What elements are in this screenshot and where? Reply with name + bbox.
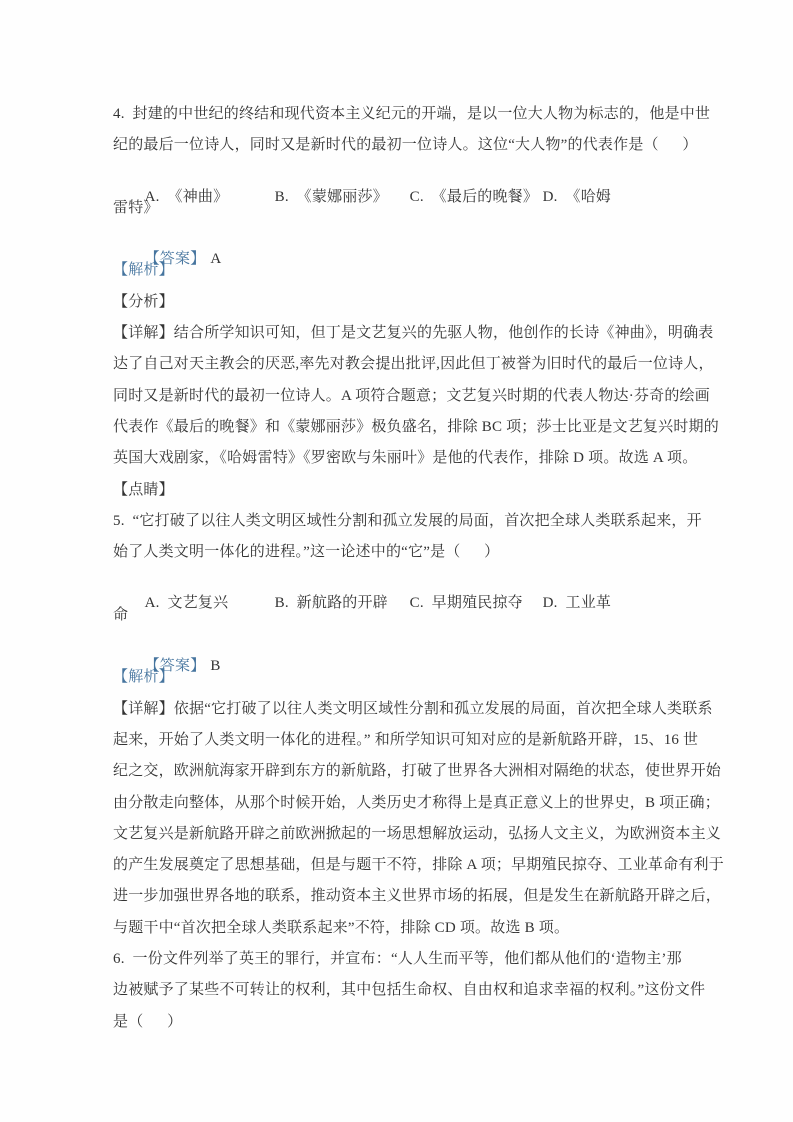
- dianjing-label-line: 【点睛】: [113, 480, 699, 511]
- answer-line: 【答案】B: [113, 636, 699, 667]
- question-stem-line: 5. “它打破了以往人类文明区域性分割和孤立发展的局面，首次把全球人类联系起来，…: [113, 511, 699, 542]
- document-page: 4. 封建的中世纪的终结和现代资本主义纪元的开端，是以一位大人物为标志的，他是中…: [0, 0, 793, 1122]
- question-stem-line: 6. 一份文件列举了英王的罪行，并宣布：“人人生而平等，他们都从他们的‘造物主’…: [113, 949, 699, 980]
- question-5-block: 5. “它打破了以往人类文明区域性分割和孤立发展的局面，首次把全球人类联系起来，…: [113, 511, 699, 949]
- question-stem-line: 纪的最后一位诗人，同时又是新时代的最初一位诗人。这位“大人物”的代表作是（ ）: [113, 135, 699, 166]
- detail-line: 进一步加强世界各地的联系，推动资本主义世界市场的拓展，但是发生在新航路开辟之后，: [113, 886, 699, 917]
- option-a: A. 文艺复兴: [145, 593, 275, 613]
- question-4-block: 4. 封建的中世纪的终结和现代资本主义纪元的开端，是以一位大人物为标志的，他是中…: [113, 104, 699, 511]
- detail-line: 起来，开始了人类文明一体化的进程。” 和所学知识可知对应的是新航路开辟，15、1…: [113, 730, 699, 761]
- answer-value: B: [210, 658, 220, 674]
- fenxi-label-line: 【分析】: [113, 292, 699, 323]
- question-stem-line: 4. 封建的中世纪的终结和现代资本主义纪元的开端，是以一位大人物为标志的，他是中…: [113, 104, 699, 135]
- detail-line: 英国大戏剧家，《哈姆雷特》《罗密欧与朱丽叶》是他的代表作，排除 D 项。故选 A…: [113, 448, 699, 479]
- options-row: A. 文艺复兴B. 新航路的开辟C. 早期殖民掠夺D. 工业革: [113, 573, 699, 604]
- question-6-block: 6. 一份文件列举了英王的罪行，并宣布：“人人生而平等，他们都从他们的‘造物主’…: [113, 949, 699, 1043]
- detail-line: 代表作《最后的晚餐》和《蒙娜丽莎》极负盛名，排除 BC 项；莎士比亚是文艺复兴时…: [113, 417, 699, 448]
- option-d: D. 工业革: [543, 593, 611, 613]
- detail-line: 与题干中“首次把全球人类联系起来”不符，排除 CD 项。故选 B 项。: [113, 918, 699, 949]
- question-stem-line: 始了人类文明一体化的进程。”这一论述中的“它”是（ ）: [113, 542, 699, 573]
- detail-line: 【详解】结合所学知识可知，但丁是文艺复兴的先驱人物，他创作的长诗《神曲》，明确表: [113, 323, 699, 354]
- detail-line: 的产生发展奠定了思想基础，但是与题干不符，排除 A 项；早期殖民掠夺、工业革命有…: [113, 855, 699, 886]
- option-c: C. 早期殖民掠夺: [410, 593, 543, 613]
- question-stem-line: 是（ ）: [113, 1012, 699, 1043]
- option-a: A. 《神曲》: [145, 187, 275, 207]
- answer-line: 【答案】A: [113, 229, 699, 260]
- answer-value: A: [210, 251, 221, 267]
- detail-line: 纪之交，欧洲航海家开辟到东方的新航路，打破了世界各大洲相对隔绝的状态，使世界开始: [113, 761, 699, 792]
- option-c: C. 《最后的晚餐》: [410, 187, 543, 207]
- option-b: B. 《蒙娜丽莎》: [275, 187, 410, 207]
- option-b: B. 新航路的开辟: [275, 593, 410, 613]
- exam-content: 4. 封建的中世纪的终结和现代资本主义纪元的开端，是以一位大人物为标志的，他是中…: [113, 104, 699, 1043]
- detail-line: 达了自己对天主教会的厌恶,率先对教会提出批评,因此但丁被誉为旧时代的最后一位诗人…: [113, 354, 699, 385]
- detail-line: 文艺复兴是新航路开辟之前欧洲掀起的一场思想解放运动，弘扬人文主义，为欧洲资本主义: [113, 824, 699, 855]
- options-row: A. 《神曲》B. 《蒙娜丽莎》C. 《最后的晚餐》D. 《哈姆: [113, 167, 699, 198]
- detail-line: 【详解】依据“它打破了以往人类文明区域性分割和孤立发展的局面，首次把全球人类联系: [113, 699, 699, 730]
- detail-line: 由分散走向整体，从那个时候开始，人类历史才称得上是真正意义上的世界史，B 项正确…: [113, 793, 699, 824]
- question-stem-line: 边被赋予了某些不可转让的权利，其中包括生命权、自由权和追求幸福的权利。”这份文件: [113, 980, 699, 1011]
- option-d: D. 《哈姆: [543, 187, 611, 207]
- detail-line: 同时又是新时代的最初一位诗人。A 项符合题意；文艺复兴时期的代表人物达·芬奇的绘…: [113, 386, 699, 417]
